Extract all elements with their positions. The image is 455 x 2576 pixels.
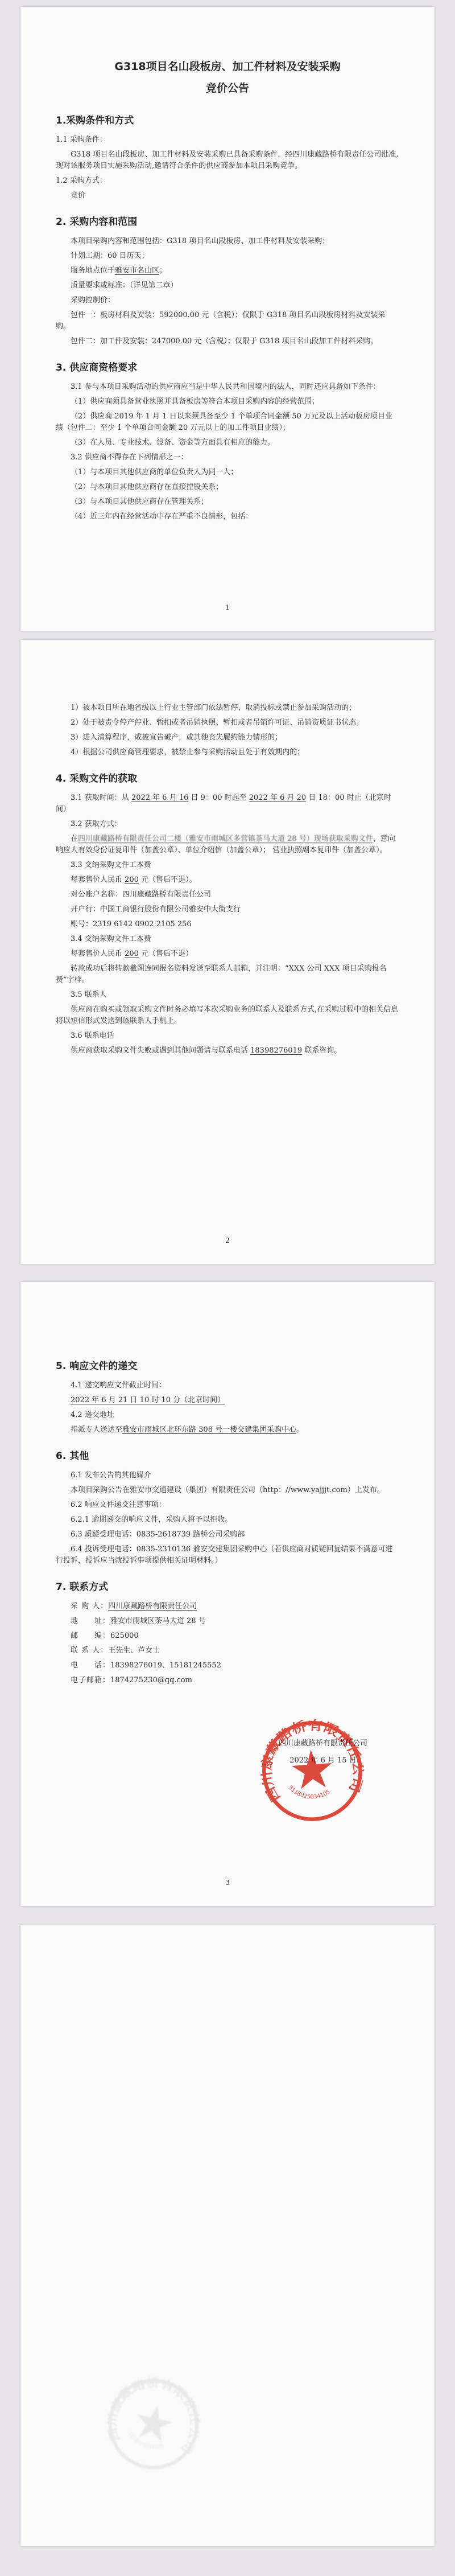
- paragraph-fee: 每套售价人民币 200 元（售后不退）。: [56, 874, 399, 886]
- contact-value: 四川康藏路桥有限责任公司: [108, 1602, 197, 1610]
- text-segment: 每套售价人民币: [71, 950, 125, 958]
- paragraph: 竞价: [56, 190, 399, 202]
- paragraph: G318 项目名山段板房、加工件材料及安装采购已具备采购条件，经四川康藏路桥有限…: [56, 149, 399, 172]
- underlined-value: 雅安市名山区: [115, 266, 159, 275]
- paragraph: 3.2 获取方式：: [56, 819, 399, 830]
- ghost-seal-graphic: 四川康藏路桥有限责任公司 5118025034105: [97, 2367, 210, 2480]
- paragraph-complaint-phone: 6.4 投诉受理电话：0835-2310136 雅安交建集团采购中心（若供应商对…: [56, 1544, 399, 1567]
- underlined-price: 200: [125, 950, 139, 958]
- underlined-date-start: 2022 年 6 月 16: [131, 794, 188, 802]
- document-viewer: G318项目名山段板房、加工件材料及安装采购 竞价公告 1.采购条件和方式 1.…: [0, 0, 455, 2576]
- paragraph: 3.3 交纳采购文件工本费: [56, 860, 399, 871]
- contact-value: 625000: [110, 1632, 139, 1640]
- paragraph-package-1: 包件一：板房材料及安装：592000.00 元（含税）；仅限于 G318 项目名…: [56, 310, 399, 332]
- text-segment: ；: [159, 266, 167, 275]
- seal-code-text: 5118025034105: [287, 1782, 332, 1802]
- paragraph-query-phone: 6.3 质疑受理电话：0835-2618739 路桥公司采购部: [56, 1529, 399, 1540]
- paragraph: 质量要求或标准：（详见第二章）: [56, 280, 399, 291]
- paragraph-announce-media: 本项目采购公告在雅安市交通建设（集团）有限责任公司（http：//www.yaj…: [56, 1485, 399, 1496]
- contact-value: 1874275230@qq.com: [110, 1676, 192, 1685]
- seal-bleed-through: 四川康藏路桥有限责任公司 5118025034105: [97, 2367, 210, 2480]
- paragraph: （3）在人员、专业技术、设备、资金等方面具有相应的能力。: [56, 437, 399, 449]
- contact-row-zipcode: 邮 编：625000: [56, 1630, 399, 1642]
- text-segment: 供应商获取采购文件失败或遇到其他问题请与联系电话: [71, 1046, 250, 1055]
- paragraph: 3.4 交纳采购文件工本费: [56, 934, 399, 945]
- paragraph: 6.2.1 逾期递交的响应文件，采购人将予以拒收。: [56, 1514, 399, 1526]
- section-heading-7: 7. 联系方式: [56, 1580, 399, 1594]
- section-heading-1: 1.采购条件和方式: [56, 114, 399, 128]
- section-heading-2: 2. 采购内容和范围: [56, 215, 399, 229]
- paragraph: 1.1 采购条件：: [56, 134, 399, 146]
- page-1: G318项目名山段板房、加工件材料及安装采购 竞价公告 1.采购条件和方式 1.…: [20, 7, 435, 631]
- paragraph: 6.2 响应文件递交注意事项：: [56, 1499, 399, 1511]
- page-4: 四川康藏路桥有限责任公司 5118025034105: [20, 1925, 435, 2546]
- text-segment: 每套售价人民币: [71, 876, 125, 884]
- text-segment: 3.1 获取时间：从: [71, 794, 131, 802]
- page-number: 2: [20, 1236, 435, 1244]
- paragraph-service-location: 服务地点位于雅安市名山区；: [56, 265, 399, 277]
- underlined-phone: 18398276019: [250, 1046, 302, 1055]
- document-title: G318项目名山段板房、加工件材料及安装采购 竞价公告: [56, 56, 399, 99]
- contact-label: 电 话：: [71, 1661, 110, 1670]
- paragraph: 3.1 参与本项目采购活动的供应商应当是中华人民共和国境内的法人，同时还应具备如…: [56, 381, 399, 393]
- title-line-1: G318项目名山段板房、加工件材料及安装采购: [56, 56, 399, 77]
- contact-value: 王先生、芦女士: [108, 1646, 160, 1655]
- official-seal: 四川康藏路桥有限责任公司 5118025034105: [256, 1715, 369, 1828]
- svg-text:5118025034105: 5118025034105: [287, 1782, 332, 1802]
- text-segment: 元（售后不退）。: [139, 876, 197, 884]
- page-2: 1）被本项目所在地省级以上行业主管部门依法暂停、取消投标或禁止参加采购活动的； …: [20, 640, 435, 1264]
- underlined-address: 四川康藏路桥有限责任公司二楼（雅安市雨城区多营镇茶马大道 28 号）现场获取采购…: [78, 835, 373, 843]
- paragraph: 1.2 采购方式：: [56, 175, 399, 187]
- contact-row-email: 电子邮箱：1874275230@qq.com: [56, 1675, 399, 1686]
- underlined-date-end: 2022 年 6 月 20: [249, 794, 306, 802]
- paragraph: 本项目采购内容和范围包括：G318 项目名山段板房、加工件材料及安装采购；: [56, 236, 399, 247]
- paragraph: （2）供应商 2019 年 1 月 1 日以来须具备至少 1 个单项合同金额 5…: [56, 411, 399, 434]
- contact-row-person: 联 系 人：王先生、芦女士: [56, 1645, 399, 1657]
- underlined-deadline: 2022 年 6 月 21 日 10 时 10 分（北京时间）: [71, 1396, 225, 1404]
- text-segment: 联系咨询。: [302, 1046, 341, 1055]
- text-segment: 指派专人送达至: [71, 1425, 122, 1434]
- paragraph: 4.1 递交响应文件截止时间：: [56, 1380, 399, 1391]
- contact-label: 邮 编：: [71, 1632, 110, 1640]
- paragraph-deadline: 2022 年 6 月 21 日 10 时 10 分（北京时间）: [56, 1395, 399, 1406]
- underlined-price: 200: [125, 876, 139, 884]
- paragraph: （1）供应商须具备营业执照并具备板房等符合本项目采购内容的经营范围；: [56, 396, 399, 408]
- contact-row-address: 地 址：雅安市雨城区茶马大道 28 号: [56, 1616, 399, 1627]
- paragraph: 1）被本项目所在地省级以上行业主管部门依法暂停、取消投标或禁止参加采购活动的；: [56, 702, 399, 714]
- section-heading-3: 3. 供应商资格要求: [56, 361, 399, 375]
- paragraph: 采购控制价：: [56, 295, 399, 306]
- paragraph: 3.5 联系人: [56, 989, 399, 1001]
- text-segment: 元（售后不退）: [139, 950, 193, 958]
- page-number: 3: [20, 1879, 435, 1887]
- paragraph-delivery-address: 指派专人送达至雅安市雨城区北环东路 308 号一楼交建集团采购中心。: [56, 1424, 399, 1436]
- paragraph-obtain-time: 3.1 获取时间：从 2022 年 6 月 16 日 9：00 时起至 2022…: [56, 792, 399, 815]
- paragraph-help-phone: 供应商获取采购文件失败或遇到其他问题请与联系电话 18398276019 联系咨…: [56, 1045, 399, 1057]
- paragraph-fee: 每套售价人民币 200 元（售后不退）: [56, 948, 399, 960]
- contact-label: 采 购 人：: [71, 1602, 108, 1610]
- paragraph: 供应商在购买或领取采购文件时务必填写本次采购业务的联系人及联系方式,在采购过程中…: [56, 1004, 399, 1027]
- paragraph: 3.6 联系电话: [56, 1030, 399, 1042]
- contact-label: 电子邮箱：: [71, 1676, 110, 1685]
- paragraph-package-2: 包件二：加工件及安装：247000.00 元（含税）；仅限于 G318 项目名山…: [56, 336, 399, 347]
- underlined-address: 雅安市雨城区北环东路 308 号一楼交建集团采购中心: [122, 1425, 296, 1434]
- section-heading-6: 6. 其他: [56, 1449, 399, 1463]
- paragraph: 计划工期：60 日历天；: [56, 250, 399, 262]
- paragraph: 4.2 递交地址: [56, 1410, 399, 1421]
- paragraph: （1）与本项目其他供应商的单位负责人为同一人；: [56, 467, 399, 478]
- contact-label: 地 址：: [71, 1617, 110, 1625]
- seal-star: [291, 1748, 333, 1789]
- contact-value: 雅安市雨城区茶马大道 28 号: [110, 1617, 206, 1625]
- contact-row-phone: 电 话：18398276019、15181245552: [56, 1660, 399, 1671]
- section-heading-4: 4. 采购文件的获取: [56, 772, 399, 786]
- paragraph: 2）处于被责令停产停业、暂扣或者吊销执照、暂扣或者吊销许可证、吊销资质证书状态；: [56, 717, 399, 729]
- paragraph: 6.1 发布公告的其他媒介: [56, 1470, 399, 1481]
- paragraph-account-number: 账号：2319 6142 0902 2105 256: [56, 919, 399, 930]
- paragraph: 转款成功后将转款截图连同报名资料发送至联系人邮箱，并注明：“XXX 公司 XXX…: [56, 963, 399, 986]
- paragraph: （3）与本项目其他供应商存在管理关系；: [56, 496, 399, 508]
- paragraph: （4）近三年内在经营活动中存在严重不良情形，包括：: [56, 511, 399, 523]
- text-segment: 日 9：00 时起至: [188, 794, 249, 802]
- paragraph-account-name: 对公账户名称：四川康藏路桥有限责任公司: [56, 889, 399, 901]
- contact-label: 联 系 人：: [71, 1646, 108, 1655]
- paragraph: 3）进入清算程序，或被宣告破产，或其他丧失履约能力情形的；: [56, 732, 399, 743]
- paragraph: 4）根据公司供应商管理要求，被禁止参与采购活动且处于有效期内的；: [56, 747, 399, 758]
- paragraph-bank: 开户行：中国工商银行股份有限公司雅安中大街支行: [56, 904, 399, 915]
- text-segment: 。: [296, 1425, 304, 1434]
- ghost-seal-star: [133, 2401, 175, 2443]
- page-3: 5. 响应文件的递交 4.1 递交响应文件截止时间： 2022 年 6 月 21…: [20, 1282, 435, 1906]
- section-heading-5: 5. 响应文件的递交: [56, 1359, 399, 1373]
- official-seal-graphic: 四川康藏路桥有限责任公司 5118025034105: [256, 1715, 369, 1828]
- page-number: 1: [20, 603, 435, 611]
- paragraph: 3.2 供应商不得存在下列情形之一：: [56, 452, 399, 463]
- contact-value: 18398276019、15181245552: [110, 1661, 221, 1670]
- paragraph-obtain-place: 在四川康藏路桥有限责任公司二楼（雅安市雨城区多营镇茶马大道 28 号）现场获取采…: [56, 833, 399, 856]
- text-segment: 服务地点位于: [71, 266, 115, 275]
- paragraph: （2）与本项目其他供应商存在直接控股关系；: [56, 482, 399, 493]
- title-line-2: 竞价公告: [56, 77, 399, 99]
- contact-row-purchaser: 采 购 人：四川康藏路桥有限责任公司: [56, 1601, 399, 1612]
- text-segment: 在: [71, 835, 78, 843]
